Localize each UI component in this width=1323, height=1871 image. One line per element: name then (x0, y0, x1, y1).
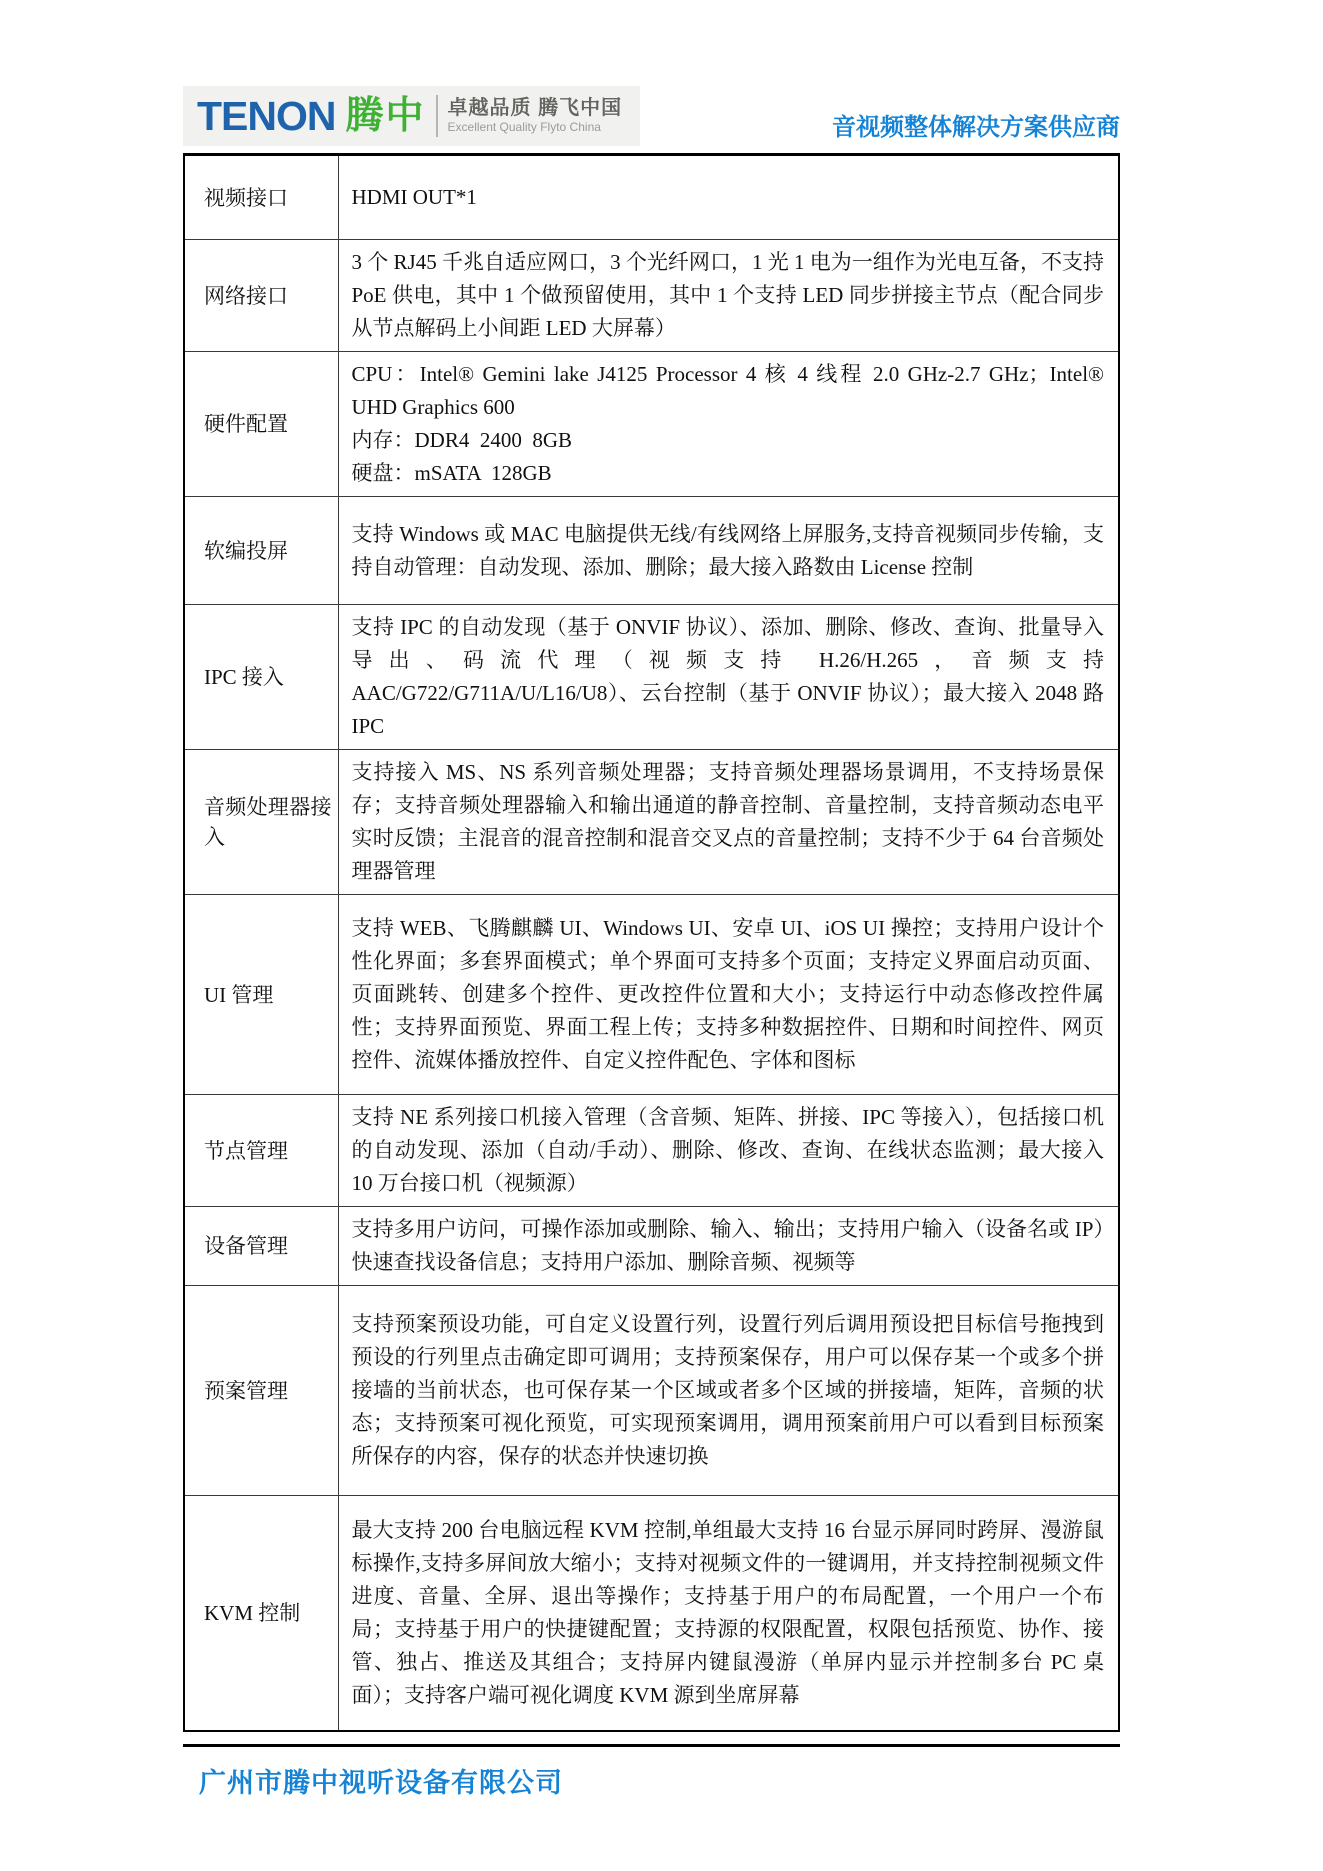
spec-value: HDMI OUT*1 (338, 155, 1119, 240)
spec-row-soft-casting: 软编投屏 支持 Windows 或 MAC 电脑提供无线/有线网络上屏服务,支持… (184, 497, 1119, 605)
header-slogan: 音视频整体解决方案供应商 (832, 107, 1120, 142)
logo-divider (436, 95, 438, 137)
spec-label: 硬件配置 (184, 352, 338, 497)
spec-value: 支持预案预设功能，可自定义设置行列，设置行列后调用预设把目标信号拖拽到预设的行列… (338, 1286, 1119, 1496)
spec-row-kvm-control: KVM 控制 最大支持 200 台电脑远程 KVM 控制,单组最大支持 16 台… (184, 1496, 1119, 1731)
spec-label: UI 管理 (184, 895, 338, 1095)
spec-value: CPU：Intel® Gemini lake J4125 Processor 4… (338, 352, 1119, 497)
spec-value: 支持 Windows 或 MAC 电脑提供无线/有线网络上屏服务,支持音视频同步… (338, 497, 1119, 605)
logo-tagline-cn: 卓越品质 腾飞中国 (448, 97, 623, 119)
logo-tengzhong-wordmark: 腾中 (346, 97, 426, 135)
spec-value: 3 个 RJ45 千兆自适应网口，3 个光纤网口，1 光 1 电为一组作为光电互… (338, 240, 1119, 352)
spec-label: 设备管理 (184, 1207, 338, 1286)
spec-label: IPC 接入 (184, 605, 338, 750)
spec-value: 支持 WEB、飞腾麒麟 UI、Windows UI、安卓 UI、iOS UI 操… (338, 895, 1119, 1095)
logo-taglines: 卓越品质 腾飞中国 Excellent Quality Flyto China (448, 97, 623, 134)
spec-label: KVM 控制 (184, 1496, 338, 1731)
spec-table: 视频接口 HDMI OUT*1 网络接口 3 个 RJ45 千兆自适应网口，3 … (183, 153, 1120, 1732)
spec-label: 音频处理器接入 (184, 750, 338, 895)
spec-row-ipc-access: IPC 接入 支持 IPC 的自动发现（基于 ONVIF 协议）、添加、删除、修… (184, 605, 1119, 750)
document-page: TENON 腾中 卓越品质 腾飞中国 Excellent Quality Fly… (183, 86, 1120, 1800)
spec-row-preset-management: 预案管理 支持预案预设功能，可自定义设置行列，设置行列后调用预设把目标信号拖拽到… (184, 1286, 1119, 1496)
tenon-logo: TENON 腾中 卓越品质 腾飞中国 Excellent Quality Fly… (183, 86, 640, 146)
spec-row-device-management: 设备管理 支持多用户访问，可操作添加或删除、输入、输出；支持用户输入（设备名或 … (184, 1207, 1119, 1286)
spec-row-network-interface: 网络接口 3 个 RJ45 千兆自适应网口，3 个光纤网口，1 光 1 电为一组… (184, 240, 1119, 352)
spec-value: 支持 NE 系列接口机接入管理（含音频、矩阵、拼接、IPC 等接入），包括接口机… (338, 1095, 1119, 1207)
spec-row-audio-processor-access: 音频处理器接入 支持接入 MS、NS 系列音频处理器；支持音频处理器场景调用，不… (184, 750, 1119, 895)
page-header: TENON 腾中 卓越品质 腾飞中国 Excellent Quality Fly… (183, 86, 1120, 146)
logo-tagline-en: Excellent Quality Flyto China (448, 121, 623, 134)
spec-label: 软编投屏 (184, 497, 338, 605)
spec-row-node-management: 节点管理 支持 NE 系列接口机接入管理（含音频、矩阵、拼接、IPC 等接入），… (184, 1095, 1119, 1207)
spec-value: 支持多用户访问，可操作添加或删除、输入、输出；支持用户输入（设备名或 IP）快速… (338, 1207, 1119, 1286)
spec-label: 网络接口 (184, 240, 338, 352)
spec-label: 预案管理 (184, 1286, 338, 1496)
spec-value: 最大支持 200 台电脑远程 KVM 控制,单组最大支持 16 台显示屏同时跨屏… (338, 1496, 1119, 1731)
spec-row-ui-management: UI 管理 支持 WEB、飞腾麒麟 UI、Windows UI、安卓 UI、iO… (184, 895, 1119, 1095)
spec-label: 节点管理 (184, 1095, 338, 1207)
spec-row-hardware-config: 硬件配置 CPU：Intel® Gemini lake J4125 Proces… (184, 352, 1119, 497)
footer-company-name: 广州市腾中视听设备有限公司 (199, 1761, 1120, 1800)
spec-value: 支持接入 MS、NS 系列音频处理器；支持音频处理器场景调用，不支持场景保存；支… (338, 750, 1119, 895)
page-footer: 广州市腾中视听设备有限公司 (183, 1744, 1120, 1800)
spec-label: 视频接口 (184, 155, 338, 240)
spec-value: 支持 IPC 的自动发现（基于 ONVIF 协议）、添加、删除、修改、查询、批量… (338, 605, 1119, 750)
spec-row-video-interface: 视频接口 HDMI OUT*1 (184, 155, 1119, 240)
logo-tenon-wordmark: TENON (197, 96, 336, 137)
